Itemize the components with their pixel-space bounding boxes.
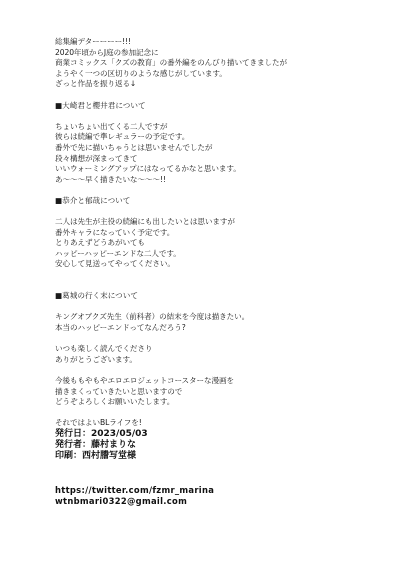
- section-line: とりあえずどうあがいても: [55, 238, 375, 249]
- spacer: [55, 185, 375, 196]
- closing-line: それではよいBLライフを!: [55, 418, 375, 429]
- section-line: 彼らは続編で準レギュラーの予定です。: [55, 132, 375, 143]
- closing-line: 今後ももやもやエロエロジェットコースターな漫画を: [55, 376, 375, 387]
- colophon: 発行日：2023/05/03 発行者：藤村まりな 印刷：西村謄写堂様: [55, 429, 148, 462]
- section-line: 安心して見送ってやってください。: [55, 259, 375, 270]
- section-line: 段々構想が深まってきて: [55, 154, 375, 165]
- spacer: [55, 281, 375, 292]
- section-heading-osaki-sakurai: ■大崎君と櫻井君について: [55, 101, 375, 112]
- twitter-link[interactable]: https://twitter.com/fzmr_marina: [55, 485, 214, 496]
- section-line: 二人は先生が主役の続編にも出したいとは思いますが: [55, 217, 375, 228]
- closing-line: どうぞよろしくお願いいたします。: [55, 397, 375, 408]
- closing-line: 描きまくっていきたいと思いますので: [55, 387, 375, 398]
- closing-line: いつも楽しく読んでくださり: [55, 344, 375, 355]
- spacer: [55, 90, 375, 101]
- printer: 印刷：西村謄写堂様: [55, 451, 148, 462]
- afterword-body: 総集編デターーーー!!! 2020年頃からJ庭の参加記念に 商業コミックス「クズ…: [55, 37, 375, 429]
- contact-info: https://twitter.com/fzmr_marina wtnbmari…: [55, 485, 214, 507]
- section-line: あ〜〜〜早く描きたいな〜〜〜!!: [55, 175, 375, 186]
- spacer: [55, 270, 375, 281]
- title-line: 総集編デターーーー!!!: [55, 37, 375, 48]
- intro-line: 2020年頃からJ庭の参加記念に: [55, 48, 375, 59]
- email-address[interactable]: wtnbmari0322@gmail.com: [55, 496, 214, 507]
- section-line: ハッピーハッピーエンドな二人です。: [55, 249, 375, 260]
- spacer: [55, 334, 375, 345]
- section-line: 本当のハッピーエンドってなんだろう?: [55, 323, 375, 334]
- spacer: [55, 207, 375, 218]
- spacer: [55, 365, 375, 376]
- section-line: 番外キャラになっていく予定です。: [55, 228, 375, 239]
- closing-line: ありがとうございます。: [55, 355, 375, 366]
- section-line: キングオブクズ先生（前科者）の結末を今度は描きたい。: [55, 312, 375, 323]
- section-line: ちょいちょい出てくる二人ですが: [55, 122, 375, 133]
- section-heading-katsuragi: ■葛城の行く末について: [55, 291, 375, 302]
- intro-line: 商業コミックス「クズの教育」の番外編をのんびり描いてきましたが: [55, 58, 375, 69]
- intro-line: ざっと作品を振り返る↓: [55, 79, 375, 90]
- section-line: いいウォーミングアップにはなってるかなと思います。: [55, 164, 375, 175]
- issue-date: 発行日：2023/05/03: [55, 429, 148, 440]
- section-heading-kyosuke-ikuya: ■恭介と郁哉について: [55, 196, 375, 207]
- intro-line: ようやく一つの区切りのような感じがしています。: [55, 69, 375, 80]
- spacer: [55, 111, 375, 122]
- publisher: 発行者：藤村まりな: [55, 440, 148, 451]
- spacer: [55, 302, 375, 313]
- section-line: 番外で先に描いちゃうとは思いませんでしたが: [55, 143, 375, 154]
- spacer: [55, 408, 375, 419]
